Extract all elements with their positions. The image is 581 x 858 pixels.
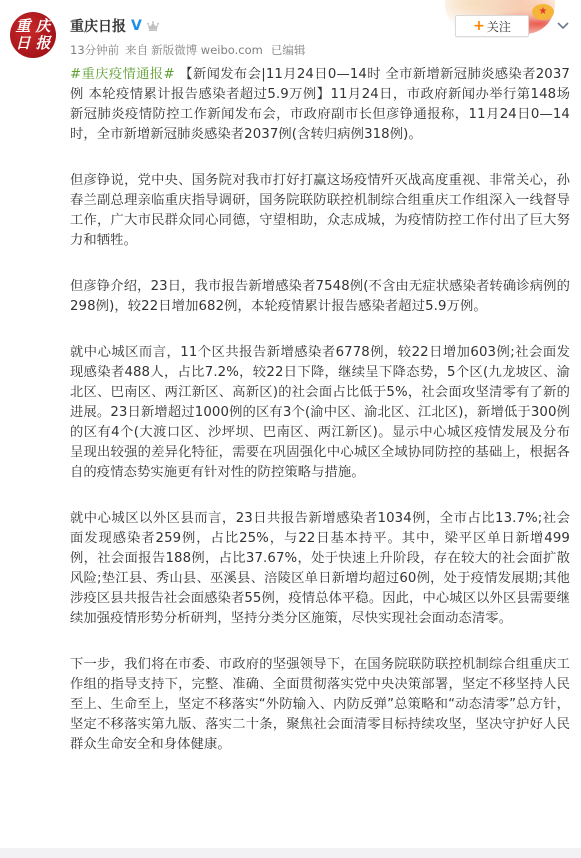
chevron-down-icon[interactable] xyxy=(556,16,570,26)
post-body: #重庆疫情通报# 【新闻发布会|11月24日0—14时 全市新增新冠肺炎感染者2… xyxy=(70,65,570,781)
post-paragraph: 就中心城区而言，11个区共报告新增感染者6778例，较22日增加603例;社会面… xyxy=(70,343,570,483)
avatar-char: 日 xyxy=(13,35,33,52)
post-paragraph: #重庆疫情通报# 【新闻发布会|11月24日0—14时 全市新增新冠肺炎感染者2… xyxy=(70,65,570,145)
avatar[interactable]: 重 庆 日 报 xyxy=(10,12,56,58)
follow-button-label: 关注 xyxy=(487,18,511,35)
avatar-char: 报 xyxy=(33,35,53,52)
source-prefix: 来自 xyxy=(125,42,148,58)
avatar-logo-text: 重 庆 日 报 xyxy=(13,18,53,52)
weibo-post-card: ★ 重 庆 日 报 重庆日报 V 13分钟前 来自 新版微博 weibo.com… xyxy=(0,0,581,848)
plus-icon: + xyxy=(473,19,485,33)
post-paragraph: 但彦铮说，党中央、国务院对我市打好打赢这场疫情歼灭战高度重视、非常关心，孙春兰副… xyxy=(70,171,570,251)
post-paragraph: 下一步，我们将在市委、市政府的坚强领导下，在国务院联防联控机制综合组重庆工作组的… xyxy=(70,655,570,755)
verified-icon[interactable]: V xyxy=(131,19,142,33)
post-paragraph: 就中心城区以外区县而言，23日共报告新增感染者1034例，全市占比13.7%;社… xyxy=(70,509,570,629)
topic-hashtag-link[interactable]: #重庆疫情通报# xyxy=(70,67,175,82)
post-timestamp-link[interactable]: 13分钟前 xyxy=(70,42,119,58)
post-source-link[interactable]: 新版微博 weibo.com xyxy=(151,42,263,58)
edited-label[interactable]: 已编辑 xyxy=(271,42,306,58)
star-badge-decoration: ★ xyxy=(532,4,554,20)
avatar-char: 重 xyxy=(13,18,33,35)
card-separator xyxy=(0,848,581,858)
post-paragraph: 但彦铮介绍，23日，我市报告新增感染者7548例(不含由无症状感染者转确诊病例的… xyxy=(70,277,570,317)
avatar-char: 庆 xyxy=(33,18,53,35)
follow-button[interactable]: + 关注 xyxy=(455,15,529,37)
account-name-link[interactable]: 重庆日报 xyxy=(70,16,126,36)
crown-icon[interactable] xyxy=(147,21,159,31)
account-header: 重庆日报 V xyxy=(70,16,159,36)
post-meta: 13分钟前 来自 新版微博 weibo.com 已编辑 xyxy=(70,42,305,58)
